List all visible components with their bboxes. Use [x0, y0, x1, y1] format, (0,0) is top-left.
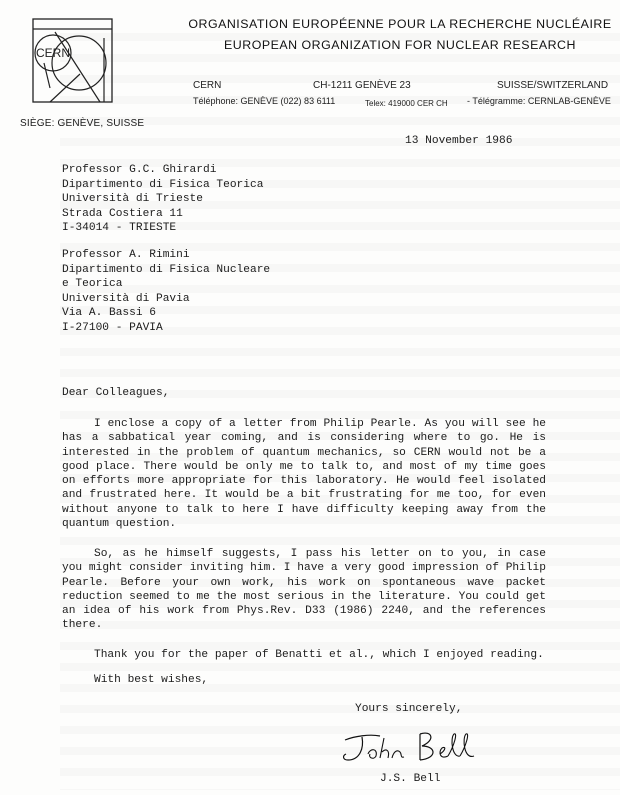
- salutation: Dear Colleagues,: [62, 386, 169, 401]
- org-name-english: EUROPEAN ORGANIZATION FOR NUCLEAR RESEAR…: [180, 35, 620, 56]
- recipient-address-1: Professor G.C. GhirardiDipartimento di F…: [62, 163, 263, 236]
- signatory-name: J.S. Bell: [380, 772, 440, 787]
- organization-header: ORGANISATION EUROPÉENNE POUR LA RECHERCH…: [180, 14, 620, 56]
- telephone: Téléphone: GENÈVE (022) 83 6111: [193, 96, 335, 106]
- siege-label: SIÈGE: GENÈVE, SUISSE: [20, 118, 144, 129]
- letter-page: CERN SIÈGE: GENÈVE, SUISSE ORGANISATION …: [0, 0, 620, 795]
- body-paragraph-3: Thank you for the paper of Benatti et al…: [62, 648, 546, 662]
- closing-wishes: With best wishes,: [94, 673, 208, 688]
- cern-logo-icon: CERN: [32, 18, 113, 103]
- address-cern: CERN: [193, 80, 221, 91]
- closing: Yours sincerely,: [355, 702, 462, 717]
- body-paragraph-1: I enclose a copy of a letter from Philip…: [62, 417, 546, 531]
- recipient-address-2: Professor A. RiminiDipartimento di Fisic…: [62, 248, 270, 336]
- body-paragraph-2: So, as he himself suggests, I pass his l…: [62, 547, 546, 633]
- svg-text:CERN: CERN: [36, 46, 70, 60]
- letter-date: 13 November 1986: [405, 134, 512, 149]
- telex: Telex: 419000 CER CH: [365, 99, 448, 108]
- org-name-french: ORGANISATION EUROPÉENNE POUR LA RECHERCH…: [180, 14, 620, 35]
- signature-john-bell: [340, 728, 480, 768]
- address-city: CH-1211 GENÈVE 23: [313, 80, 411, 91]
- address-country: SUISSE/SWITZERLAND: [497, 80, 608, 91]
- telegram: - Télégramme: CERNLAB-GENÈVE: [467, 96, 611, 106]
